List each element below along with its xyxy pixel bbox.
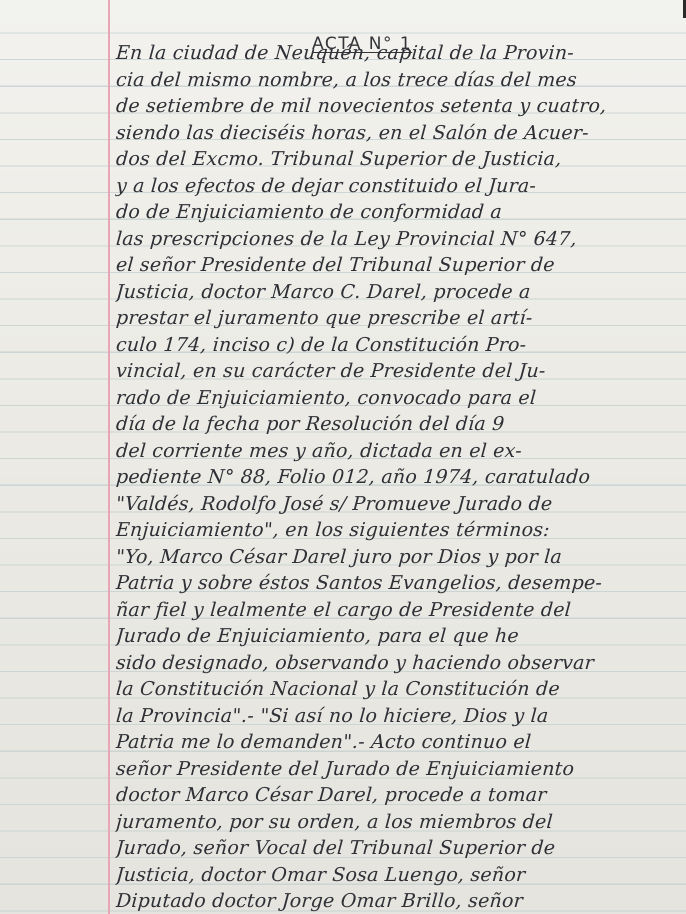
text-line: Justicia, doctor Omar Sosa Luengo, señor — [115, 862, 686, 889]
text-line: el señor Presidente del Tribunal Superio… — [115, 252, 686, 279]
notebook-page: ACTA N° 1 En la ciudad de Neuquén, capit… — [0, 0, 686, 914]
text-line: y a los efectos de dejar constituido el … — [115, 173, 686, 200]
text-line: culo 174, inciso c) de la Constitución P… — [115, 332, 686, 359]
text-line: prestar el juramento que prescribe el ar… — [115, 305, 686, 332]
handwritten-text: En la ciudad de Neuquén, capital de la P… — [116, 40, 686, 914]
text-line: siendo las dieciséis horas, en el Salón … — [115, 120, 686, 147]
text-line: del corriente mes y año, dictada en el e… — [115, 438, 686, 465]
text-line: Diputado doctor Jorge Omar Brillo, señor — [115, 888, 686, 914]
text-line: "Valdés, Rodolfo José s/ Promueve Jurado… — [115, 491, 686, 518]
text-line: Patria y sobre éstos Santos Evangelios, … — [115, 570, 686, 597]
text-line: Patria me lo demanden".- Acto continuo e… — [115, 729, 686, 756]
text-line: día de la fecha por Resolución del día 9 — [115, 411, 686, 438]
text-line: sido designado, observando y haciendo ob… — [115, 650, 686, 677]
text-line: doctor Marco César Darel, procede a toma… — [115, 782, 686, 809]
text-line: rado de Enjuiciamiento, convocado para e… — [115, 385, 686, 412]
text-line: Enjuiciamiento", en los siguientes térmi… — [115, 517, 686, 544]
text-line: la Constitución Nacional y la Constituci… — [115, 676, 686, 703]
text-line: "Yo, Marco César Darel juro por Dios y p… — [115, 544, 686, 571]
text-line: do de Enjuiciamiento de conformidad a — [115, 199, 686, 226]
text-line: la Provincia".- "Si así no lo hiciere, D… — [115, 703, 686, 730]
text-line: de setiembre de mil novecientos setenta … — [115, 93, 686, 120]
text-line: Jurado de Enjuiciamiento, para el que he — [115, 623, 686, 650]
text-line: ñar fiel y lealmente el cargo de Preside… — [115, 597, 686, 624]
text-line: juramento, por su orden, a los miembros … — [115, 809, 686, 836]
text-line: señor Presidente del Jurado de Enjuiciam… — [115, 756, 686, 783]
text-line: cia del mismo nombre, a los trece días d… — [115, 67, 686, 94]
text-line: vincial, en su carácter de Presidente de… — [115, 358, 686, 385]
text-line: En la ciudad de Neuquén, capital de la P… — [115, 40, 686, 67]
text-line: Justicia, doctor Marco C. Darel, procede… — [115, 279, 686, 306]
margin-line — [108, 0, 110, 914]
text-line: dos del Excmo. Tribunal Superior de Just… — [115, 146, 686, 173]
text-line: pediente N° 88, Folio 012, año 1974, car… — [115, 464, 686, 491]
text-line: las prescripciones de la Ley Provincial … — [115, 226, 686, 253]
text-line: Jurado, señor Vocal del Tribunal Superio… — [115, 835, 686, 862]
